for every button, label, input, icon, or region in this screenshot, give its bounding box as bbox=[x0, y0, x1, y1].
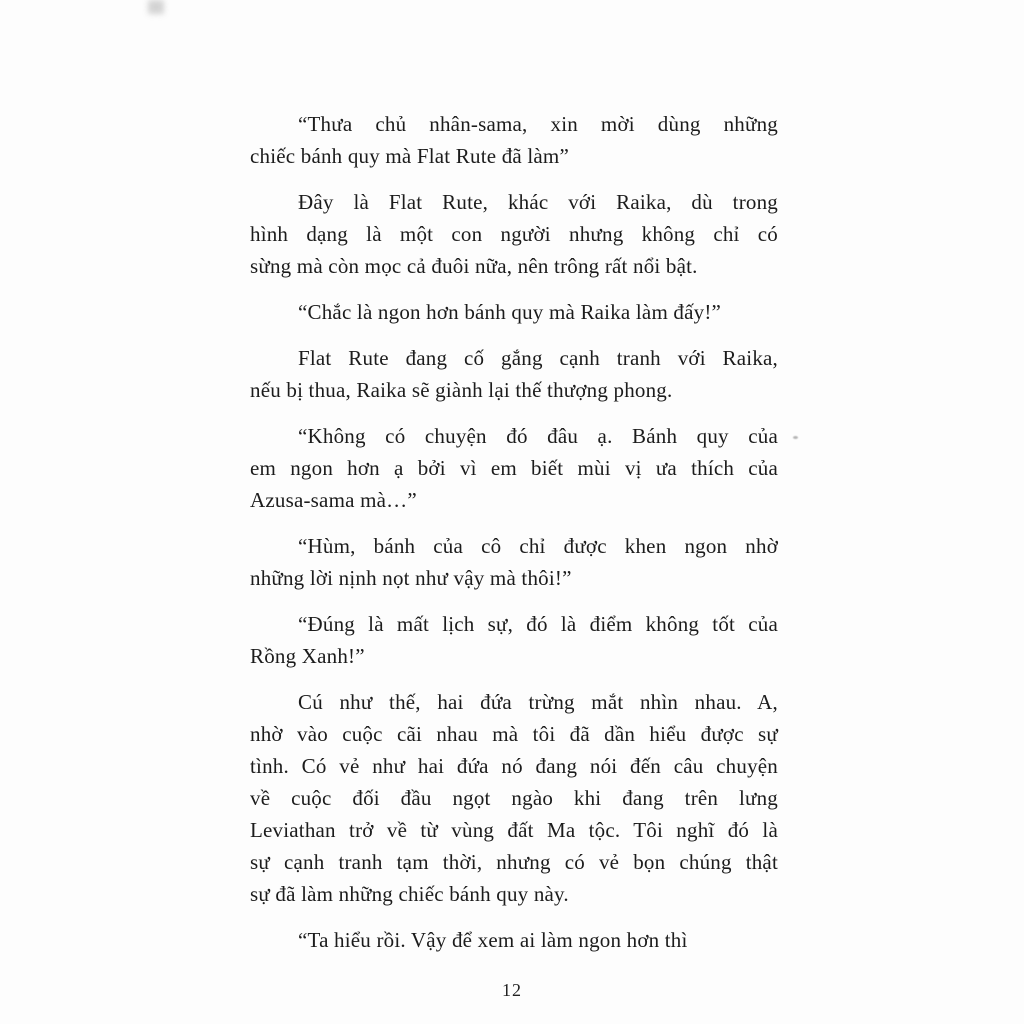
paragraph: Flat Rute đang cố gắng cạnh tranh với Ra… bbox=[250, 342, 778, 406]
text-line: sự cạnh tranh tạm thời, nhưng có vẻ bọn … bbox=[250, 846, 778, 878]
paragraph: Cú như thế, hai đứa trừng mắt nhìn nhau.… bbox=[250, 686, 778, 910]
text-line: Cú như thế, hai đứa trừng mắt nhìn nhau.… bbox=[250, 686, 778, 718]
text-line: sừng mà còn mọc cả đuôi nữa, nên trông r… bbox=[250, 250, 778, 282]
text-line: “Thưa chủ nhân-sama, xin mời dùng những bbox=[250, 108, 778, 140]
paragraph: “Đúng là mất lịch sự, đó là điểm không t… bbox=[250, 608, 778, 672]
text-line: chiếc bánh quy mà Flat Rute đã làm” bbox=[250, 140, 778, 172]
text-line: Đây là Flat Rute, khác với Raika, dù tro… bbox=[250, 186, 778, 218]
text-line: nếu bị thua, Raika sẽ giành lại thế thượ… bbox=[250, 374, 778, 406]
text-line: “Đúng là mất lịch sự, đó là điểm không t… bbox=[250, 608, 778, 640]
scan-smudge-artifact bbox=[148, 0, 164, 14]
paragraph: Đây là Flat Rute, khác với Raika, dù tro… bbox=[250, 186, 778, 282]
paragraph: “Không có chuyện đó đâu ạ. Bánh quy củae… bbox=[250, 420, 778, 516]
text-block: “Thưa chủ nhân-sama, xin mời dùng nhữngc… bbox=[250, 108, 778, 956]
scan-speck-artifact bbox=[793, 436, 798, 439]
book-page: “Thưa chủ nhân-sama, xin mời dùng nhữngc… bbox=[0, 0, 1024, 1024]
paragraph: “Hùm, bánh của cô chỉ được khen ngon nhờ… bbox=[250, 530, 778, 594]
paragraph: “Chắc là ngon hơn bánh quy mà Raika làm … bbox=[250, 296, 778, 328]
text-line: “Không có chuyện đó đâu ạ. Bánh quy của bbox=[250, 420, 778, 452]
text-line: hình dạng là một con người nhưng không c… bbox=[250, 218, 778, 250]
text-line: “Ta hiểu rồi. Vậy để xem ai làm ngon hơn… bbox=[250, 924, 778, 956]
text-line: “Hùm, bánh của cô chỉ được khen ngon nhờ bbox=[250, 530, 778, 562]
text-line: tình. Có vẻ như hai đứa nó đang nói đến … bbox=[250, 750, 778, 782]
text-line: những lời nịnh nọt như vậy mà thôi!” bbox=[250, 562, 778, 594]
text-line: “Chắc là ngon hơn bánh quy mà Raika làm … bbox=[250, 296, 778, 328]
text-line: sự đã làm những chiếc bánh quy này. bbox=[250, 878, 778, 910]
text-line: Leviathan trở về từ vùng đất Ma tộc. Tôi… bbox=[250, 814, 778, 846]
text-line: em ngon hơn ạ bởi vì em biết mùi vị ưa t… bbox=[250, 452, 778, 484]
page-number: 12 bbox=[0, 980, 1024, 1001]
text-line: về cuộc đối đầu ngọt ngào khi đang trên … bbox=[250, 782, 778, 814]
text-line: Rồng Xanh!” bbox=[250, 640, 778, 672]
text-line: nhờ vào cuộc cãi nhau mà tôi đã dần hiểu… bbox=[250, 718, 778, 750]
text-line: Flat Rute đang cố gắng cạnh tranh với Ra… bbox=[250, 342, 778, 374]
paragraph: “Ta hiểu rồi. Vậy để xem ai làm ngon hơn… bbox=[250, 924, 778, 956]
paragraph: “Thưa chủ nhân-sama, xin mời dùng nhữngc… bbox=[250, 108, 778, 172]
text-line: Azusa-sama mà…” bbox=[250, 484, 778, 516]
